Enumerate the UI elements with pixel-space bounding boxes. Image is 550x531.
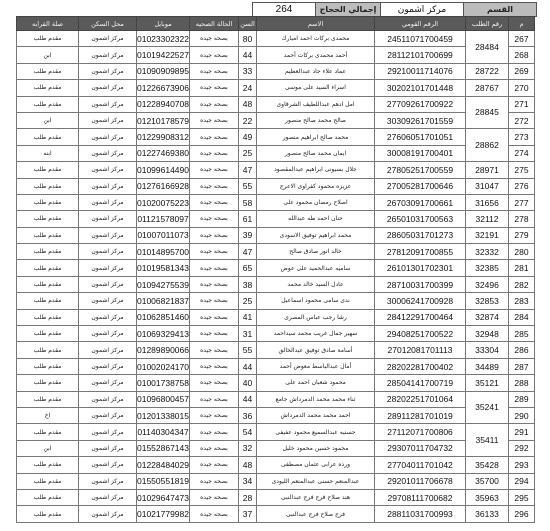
cell-relation: مقدم طلب — [17, 293, 79, 309]
cell-residence: مركز اشمون — [79, 424, 137, 440]
cell-health: بصحه جيده — [190, 342, 239, 358]
cell-relation: مقدم طلب — [17, 129, 79, 145]
cell-age: 47 — [239, 162, 257, 178]
cell-relation: مقدم طلب — [17, 358, 79, 374]
col-header-health: الحالة الصحيه — [190, 17, 239, 31]
cell-request-no: 28845 — [466, 96, 509, 129]
cell-residence: مركز اشمون — [79, 342, 137, 358]
cell-request-no: 28484 — [466, 31, 509, 64]
cell-residence: مركز اشمون — [79, 112, 137, 128]
cell-name: امل ادهم عبداللطيف الشرقاوى — [257, 96, 375, 112]
table-row: 2933542827704011701042ورده عرابى عثمان م… — [17, 457, 535, 473]
cell-relation: مقدم طلب — [17, 162, 79, 178]
cell-relation: مقدم طلب — [17, 309, 79, 325]
total-value: 264 — [253, 3, 316, 17]
cell-age: 38 — [239, 276, 257, 292]
cell-national-id: 29210011714076 — [375, 63, 466, 79]
cell-name: محمدى بركات احمد امبارك — [257, 31, 375, 47]
cell-national-id: 30309261701559 — [375, 112, 466, 128]
cell-national-id: 29708111700682 — [375, 489, 466, 505]
cell-request-no: 32496 — [466, 276, 509, 292]
table-row: 2763104727005281700646عزيزه محمود كفراوى… — [17, 178, 535, 194]
cell-health: بصحه جيده — [190, 112, 239, 128]
cell-name: محمد ابراهيم توفيق الاسودى — [257, 227, 375, 243]
cell-relation: مقدم طلب — [17, 457, 79, 473]
table-row: 2803233227812091700855خالد انور صادق صال… — [17, 244, 535, 260]
cell-name: عماد علاء جاد عبدالعظيم — [257, 63, 375, 79]
cell-health: بصحه جيده — [190, 47, 239, 63]
cell-request-no: 34489 — [466, 358, 509, 374]
table-row: 2773165626703091700661اصلاح رمضان محمود … — [17, 194, 535, 210]
cell-name: عزيزه محمود كفراوى الاعرج — [257, 178, 375, 194]
cell-national-id: 27709261700922 — [375, 96, 466, 112]
cell-health: بصحه جيده — [190, 326, 239, 342]
cell-health: بصحه جيده — [190, 473, 239, 489]
cell-age: 65 — [239, 260, 257, 276]
cell-relation: مقدم طلب — [17, 375, 79, 391]
cell-request-no: 32874 — [466, 309, 509, 325]
cell-index: 290 — [509, 407, 535, 423]
cell-health: بصحه جيده — [190, 211, 239, 227]
table-row: 29028911281701019احمد محمد محمد الدمرداش… — [17, 407, 535, 423]
cell-name: أسامة صادق توفيق عبدالخالق — [257, 342, 375, 358]
cell-name: خالد انور صادق صالح — [257, 244, 375, 260]
cell-name: صالح محمد صالح منصور — [257, 112, 375, 128]
cell-mobile: 01227469380 — [137, 145, 190, 161]
col-header-request-no: رقم الطلب — [466, 17, 509, 31]
cell-national-id: 30008191700401 — [375, 145, 466, 161]
table-row: 2712884527709261700922امل ادهم عبداللطيف… — [17, 96, 535, 112]
cell-index: 287 — [509, 358, 535, 374]
cell-name: ساميه عبدالحميد على عوض — [257, 260, 375, 276]
cell-national-id: 28202281700402 — [375, 358, 466, 374]
cell-age: 44 — [239, 358, 257, 374]
cell-residence: مركز اشمون — [79, 194, 137, 210]
table-row: 2732886227606051701051محمد صالح ابراهيم … — [17, 129, 535, 145]
cell-request-no: 35411 — [466, 424, 509, 457]
cell-residence: مركز اشمون — [79, 47, 137, 63]
cell-health: بصحه جيده — [190, 96, 239, 112]
cell-residence: مركز اشمون — [79, 506, 137, 522]
cell-health: بصحه جيده — [190, 489, 239, 505]
cell-relation: مقدم طلب — [17, 424, 79, 440]
cell-national-id: 27704011701042 — [375, 457, 466, 473]
col-header-index: م — [509, 17, 535, 31]
cell-relation: مقدم طلب — [17, 260, 79, 276]
cell-mobile: 01020075223 — [137, 194, 190, 210]
cell-name: عادل السيد خالد محمد — [257, 276, 375, 292]
cell-index: 296 — [509, 506, 535, 522]
cell-mobile: 01029647473 — [137, 489, 190, 505]
cell-residence: مركز اشمون — [79, 473, 137, 489]
cell-national-id: 30202101701448 — [375, 80, 466, 96]
cell-relation: مقدم طلب — [17, 276, 79, 292]
cell-name: جلال بسيونى ابراهيم عبدالمقصود — [257, 162, 375, 178]
table-row: 2833285330006241700928ندى سامى محمود اسم… — [17, 293, 535, 309]
cell-index: 269 — [509, 63, 535, 79]
cell-health: بصحه جيده — [190, 293, 239, 309]
cell-mobile: 01062851460 — [137, 309, 190, 325]
cell-request-no: 33304 — [466, 342, 509, 358]
cell-health: بصحه جيده — [190, 358, 239, 374]
cell-mobile: 01069329413 — [137, 326, 190, 342]
table-row: 2672848424511071700459محمدى بركات احمد ا… — [17, 31, 535, 47]
table-row: 2692872229210011714076عماد علاء جاد عبدا… — [17, 63, 535, 79]
table-row: 2953596329708111700682هند صلاح فرج فرج ع… — [17, 489, 535, 505]
cell-index: 270 — [509, 80, 535, 96]
cell-request-no: 28722 — [466, 63, 509, 79]
cell-health: بصحه جيده — [190, 309, 239, 325]
cell-age: 44 — [239, 47, 257, 63]
cell-index: 293 — [509, 457, 535, 473]
cell-national-id: 28811031700993 — [375, 506, 466, 522]
col-header-national-id: الرقم القومي — [375, 17, 466, 31]
cell-age: 22 — [239, 112, 257, 128]
cell-request-no: 35963 — [466, 489, 509, 505]
cell-relation: ابن — [17, 47, 79, 63]
cell-mobile: 01002024170 — [137, 358, 190, 374]
cell-relation: مقدم طلب — [17, 342, 79, 358]
cell-health: بصحه جيده — [190, 260, 239, 276]
cell-age: 55 — [239, 342, 257, 358]
cell-national-id: 29408251700522 — [375, 326, 466, 342]
cell-relation: مقدم طلب — [17, 31, 79, 47]
cell-residence: مركز اشمون — [79, 211, 137, 227]
cell-index: 280 — [509, 244, 535, 260]
cell-name: ورده عرابى عثمان مصطفى — [257, 457, 375, 473]
cell-index: 267 — [509, 31, 535, 47]
pilgrims-table: م رقم الطلب الرقم القومي الاسم السن الحا… — [16, 16, 535, 523]
cell-national-id: 24511071700459 — [375, 31, 466, 47]
cell-national-id: 26703091700661 — [375, 194, 466, 210]
table-row: 2813238526101301702301ساميه عبدالحميد عل… — [17, 260, 535, 276]
cell-name: أحمد محمدى بركات أحمد — [257, 47, 375, 63]
cell-residence: مركز اشمون — [79, 489, 137, 505]
cell-name: سهير جمال غريب محمد سيداحمد — [257, 326, 375, 342]
section-label: القسم — [464, 3, 537, 17]
cell-mobile: 01228940708 — [137, 96, 190, 112]
cell-index: 281 — [509, 260, 535, 276]
table-row: 2783211226501031700563حنان احمد طه عبدال… — [17, 211, 535, 227]
cell-residence: مركز اشمون — [79, 96, 137, 112]
cell-relation: ابن — [17, 440, 79, 456]
cell-age: 47 — [239, 244, 257, 260]
cell-index: 271 — [509, 96, 535, 112]
cell-relation: مقدم طلب — [17, 80, 79, 96]
cell-request-no: 36133 — [466, 506, 509, 522]
cell-name: فرج صلاح فرج عبدالنبى — [257, 506, 375, 522]
cell-residence: مركز اشمون — [79, 293, 137, 309]
cell-age: 55 — [239, 178, 257, 194]
cell-relation: مقدم طلب — [17, 211, 79, 227]
cell-mobile: 01229908312 — [137, 129, 190, 145]
cell-health: بصحه جيده — [190, 407, 239, 423]
cell-mobile: 01226673906 — [137, 80, 190, 96]
cell-national-id: 27005281700646 — [375, 178, 466, 194]
cell-age: 32 — [239, 440, 257, 456]
cell-mobile: 01121578097 — [137, 211, 190, 227]
cell-national-id: 26101301702301 — [375, 260, 466, 276]
cell-age: 25 — [239, 145, 257, 161]
cell-health: بصحه جيده — [190, 194, 239, 210]
cell-health: بصحه جيده — [190, 424, 239, 440]
cell-mobile: 01210178579 — [137, 112, 190, 128]
table-row: 26828112101700699أحمد محمدى بركات أحمد44… — [17, 47, 535, 63]
table-row: 2793219128605031701273محمد ابراهيم توفيق… — [17, 227, 535, 243]
cell-request-no: 28862 — [466, 129, 509, 162]
cell-relation: مقدم طلب — [17, 96, 79, 112]
cell-index: 282 — [509, 276, 535, 292]
cell-residence: مركز اشمون — [79, 276, 137, 292]
cell-age: 48 — [239, 96, 257, 112]
cell-age: 37 — [239, 506, 257, 522]
cell-index: 275 — [509, 162, 535, 178]
cell-national-id: 27606051701051 — [375, 129, 466, 145]
cell-index: 292 — [509, 440, 535, 456]
cell-health: بصحه جيده — [190, 391, 239, 407]
section-value: مركز اشمون — [381, 3, 464, 17]
cell-relation: اخ — [17, 407, 79, 423]
cell-name: محمود حسين محمود خليل — [257, 440, 375, 456]
table-row: 27230309261701559صالح محمد صالح منصور22ب… — [17, 112, 535, 128]
cell-mobile: 01023302322 — [137, 31, 190, 47]
cell-relation: ابنه — [17, 145, 79, 161]
cell-national-id: 27812091700855 — [375, 244, 466, 260]
cell-index: 272 — [509, 112, 535, 128]
cell-health: بصحه جيده — [190, 457, 239, 473]
cell-name: ثناء محمد محمد الدمرداش جامع — [257, 391, 375, 407]
cell-age: 39 — [239, 227, 257, 243]
cell-residence: مركز اشمون — [79, 407, 137, 423]
cell-request-no: 28767 — [466, 80, 509, 96]
cell-mobile: 01019581343 — [137, 260, 190, 276]
cell-request-no: 32853 — [466, 293, 509, 309]
cell-relation: مقدم طلب — [17, 227, 79, 243]
cell-relation: مقدم طلب — [17, 194, 79, 210]
cell-national-id: 27012081701113 — [375, 342, 466, 358]
cell-residence: مركز اشمون — [79, 457, 137, 473]
cell-national-id: 28710031700399 — [375, 276, 466, 292]
cell-national-id: 28504141700719 — [375, 375, 466, 391]
cell-relation: مقدم طلب — [17, 506, 79, 522]
cell-index: 273 — [509, 129, 535, 145]
cell-name: احمد محمد محمد الدمرداش — [257, 407, 375, 423]
col-header-name: الاسم — [257, 17, 375, 31]
cell-mobile: 01228484029 — [137, 457, 190, 473]
cell-relation: مقدم طلب — [17, 489, 79, 505]
cell-age: 41 — [239, 309, 257, 325]
cell-national-id: 27112071700806 — [375, 424, 466, 440]
cell-index: 288 — [509, 375, 535, 391]
cell-mobile: 01276166928 — [137, 178, 190, 194]
cell-index: 278 — [509, 211, 535, 227]
cell-relation: مقدم طلب — [17, 244, 79, 260]
cell-age: 48 — [239, 457, 257, 473]
table-row: 2893524128202251701064ثناء محمد محمد الد… — [17, 391, 535, 407]
cell-name: اسراء السيد على موسى — [257, 80, 375, 96]
table-row: 2843287428412291700464رشا رجب عباس المصر… — [17, 309, 535, 325]
cell-national-id: 29201011706678 — [375, 473, 466, 489]
cell-name: عبدالمنعم حسنى عبدالمنعم الليودى — [257, 473, 375, 489]
cell-age: 25 — [239, 293, 257, 309]
cell-residence: مركز اشمون — [79, 440, 137, 456]
cell-health: بصحه جيده — [190, 506, 239, 522]
table-row: 2823249628710031700399عادل السيد خالد مح… — [17, 276, 535, 292]
cell-index: 291 — [509, 424, 535, 440]
cell-residence: مركز اشمون — [79, 63, 137, 79]
cell-index: 289 — [509, 391, 535, 407]
cell-age: 44 — [239, 391, 257, 407]
cell-mobile: 01099614490 — [137, 162, 190, 178]
cell-residence: مركز اشمون — [79, 227, 137, 243]
cell-index: 268 — [509, 47, 535, 63]
cell-name: ندى سامى محمود اسماعيل — [257, 293, 375, 309]
cell-mobile: 01006821837 — [137, 293, 190, 309]
table-row: 27430008191700401ايمان محمد صالح منصور25… — [17, 145, 535, 161]
cell-residence: مركز اشمون — [79, 244, 137, 260]
table-row: 29229307011704732محمود حسين محمود خليل32… — [17, 440, 535, 456]
cell-health: بصحه جيده — [190, 227, 239, 243]
cell-request-no: 31047 — [466, 178, 509, 194]
cell-age: 28 — [239, 489, 257, 505]
table-row: 2873448928202281700402أمال عبدالباسط معو… — [17, 358, 535, 374]
cell-residence: مركز اشمون — [79, 391, 137, 407]
table-row: 2943570029201011706678عبدالمنعم حسنى عبد… — [17, 473, 535, 489]
col-header-residence: محل السكن — [79, 17, 137, 31]
cell-mobile: 01019422527 — [137, 47, 190, 63]
table-row: 2853294829408251700522سهير جمال غريب محم… — [17, 326, 535, 342]
cell-national-id: 26501031700563 — [375, 211, 466, 227]
cell-residence: مركز اشمون — [79, 129, 137, 145]
cell-residence: مركز اشمون — [79, 31, 137, 47]
cell-health: بصحه جيده — [190, 440, 239, 456]
table-row: 2863330427012081701113أسامة صادق توفيق ع… — [17, 342, 535, 358]
cell-national-id: 28112101700699 — [375, 47, 466, 63]
cell-national-id: 28911281701019 — [375, 407, 466, 423]
cell-request-no: 28971 — [466, 162, 509, 178]
cell-name: ايمان محمد صالح منصور — [257, 145, 375, 161]
cell-age: 31 — [239, 326, 257, 342]
cell-mobile: 01140304347 — [137, 424, 190, 440]
cell-request-no: 32948 — [466, 326, 509, 342]
cell-name: اصلاح رمضان محمود على — [257, 194, 375, 210]
cell-request-no: 35700 — [466, 473, 509, 489]
cell-health: بصحه جيده — [190, 80, 239, 96]
col-header-relation: صلة القرابه — [17, 17, 79, 31]
cell-health: بصحه جيده — [190, 129, 239, 145]
cell-health: بصحه جيده — [190, 276, 239, 292]
cell-request-no: 32112 — [466, 211, 509, 227]
cell-index: 276 — [509, 178, 535, 194]
cell-age: 34 — [239, 473, 257, 489]
cell-residence: مركز اشمون — [79, 326, 137, 342]
cell-relation: مقدم طلب — [17, 178, 79, 194]
cell-mobile: 01289890066 — [137, 342, 190, 358]
cell-age: 36 — [239, 407, 257, 423]
cell-relation: مقدم طلب — [17, 391, 79, 407]
cell-residence: مركز اشمون — [79, 358, 137, 374]
cell-residence: مركز اشمون — [79, 309, 137, 325]
cell-health: بصحه جيده — [190, 178, 239, 194]
cell-age: 40 — [239, 375, 257, 391]
cell-index: 295 — [509, 489, 535, 505]
cell-health: بصحه جيده — [190, 145, 239, 161]
cell-residence: مركز اشمون — [79, 375, 137, 391]
cell-mobile: 01021779982 — [137, 506, 190, 522]
cell-name: حنان احمد طه عبدالله — [257, 211, 375, 227]
cell-residence: مركز اشمون — [79, 260, 137, 276]
cell-age: 49 — [239, 129, 257, 145]
cell-national-id: 28605031701273 — [375, 227, 466, 243]
cell-mobile: 01007011073 — [137, 227, 190, 243]
table-row: 2913541127112071700806حسنيه عبدالسميع مح… — [17, 424, 535, 440]
cell-name: حسنيه عبدالسميع محمود عفيفى — [257, 424, 375, 440]
cell-national-id: 27805251700559 — [375, 162, 466, 178]
cell-index: 284 — [509, 309, 535, 325]
cell-health: بصحه جيده — [190, 63, 239, 79]
cell-mobile: 01014895700 — [137, 244, 190, 260]
table-row: 2883512128504141700719محمود شعبان احمد ع… — [17, 375, 535, 391]
cell-age: 54 — [239, 424, 257, 440]
cell-index: 286 — [509, 342, 535, 358]
cell-index: 285 — [509, 326, 535, 342]
cell-mobile: 01096800457 — [137, 391, 190, 407]
cell-national-id: 29307011704732 — [375, 440, 466, 456]
cell-age: 58 — [239, 194, 257, 210]
cell-age: 24 — [239, 80, 257, 96]
col-header-age: السن — [239, 17, 257, 31]
cell-health: بصحه جيده — [190, 244, 239, 260]
table-row: 2702876730202101701448اسراء السيد على مو… — [17, 80, 535, 96]
col-header-mobile: موبايل — [137, 17, 190, 31]
cell-name: محمد صالح ابراهيم منصور — [257, 129, 375, 145]
cell-request-no: 35428 — [466, 457, 509, 473]
cell-age: 80 — [239, 31, 257, 47]
cell-mobile: 01090909895 — [137, 63, 190, 79]
cell-health: بصحه جيده — [190, 375, 239, 391]
cell-national-id: 28412291700464 — [375, 309, 466, 325]
cell-national-id: 30006241700928 — [375, 293, 466, 309]
cell-health: بصحه جيده — [190, 162, 239, 178]
cell-mobile: 01550551819 — [137, 473, 190, 489]
table-row: 2752897127805251700559جلال بسيونى ابراهي… — [17, 162, 535, 178]
cell-name: هند صلاح فرج فرج عبدالنبى — [257, 489, 375, 505]
cell-age: 33 — [239, 63, 257, 79]
cell-request-no: 35121 — [466, 375, 509, 391]
cell-name: أمال عبدالباسط معوض أحمد — [257, 358, 375, 374]
cell-mobile: 01201338015 — [137, 407, 190, 423]
cell-name: رشا رجب عباس المصرى — [257, 309, 375, 325]
table-body: 2672848424511071700459محمدى بركات احمد ا… — [17, 31, 535, 523]
summary-table: القسم مركز اشمون إجمالي الحجاج 264 — [252, 2, 537, 17]
cell-index: 274 — [509, 145, 535, 161]
cell-relation: مقدم طلب — [17, 326, 79, 342]
cell-health: بصحه جيده — [190, 31, 239, 47]
cell-mobile: 01001738758 — [137, 375, 190, 391]
table-header-row: م رقم الطلب الرقم القومي الاسم السن الحا… — [17, 17, 535, 31]
cell-request-no: 35241 — [466, 391, 509, 424]
cell-national-id: 28202251701064 — [375, 391, 466, 407]
cell-index: 277 — [509, 194, 535, 210]
cell-relation: ابن — [17, 112, 79, 128]
cell-index: 294 — [509, 473, 535, 489]
cell-relation: مقدم طلب — [17, 63, 79, 79]
cell-request-no: 32385 — [466, 260, 509, 276]
cell-request-no: 32191 — [466, 227, 509, 243]
cell-request-no: 32332 — [466, 244, 509, 260]
cell-residence: مركز اشمون — [79, 80, 137, 96]
table-row: 2963613328811031700993فرج صلاح فرج عبدال… — [17, 506, 535, 522]
